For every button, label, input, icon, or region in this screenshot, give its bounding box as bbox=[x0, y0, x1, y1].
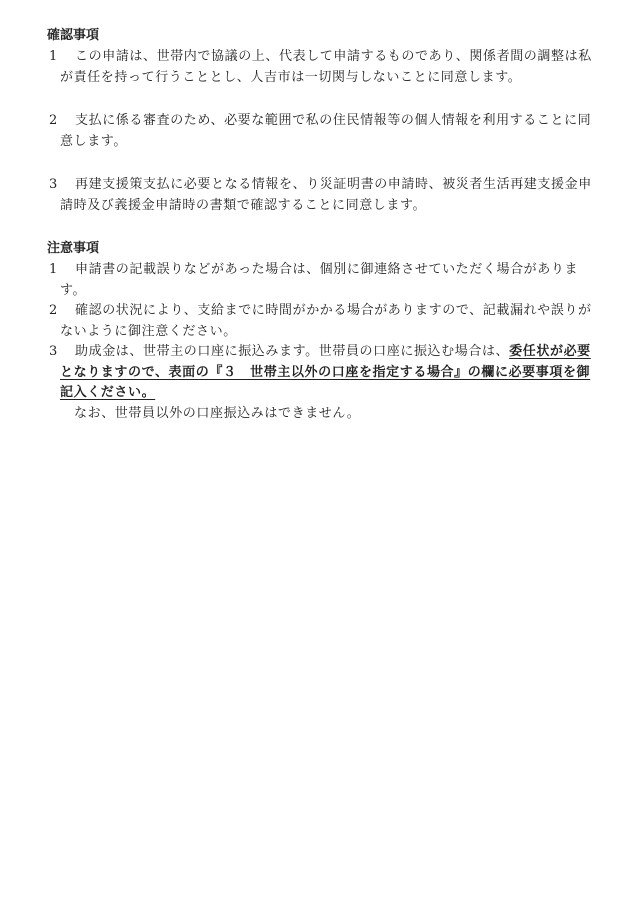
item-text: 再建支援策支払に必要となる情報を、り災証明書の申請時、被災者生活再建支援金申請時… bbox=[60, 177, 592, 213]
item-text: 申請書の記載誤りなどがあった場合は、個別に御連絡させていただく場合があります。 bbox=[60, 262, 578, 298]
item-number: 3 bbox=[47, 175, 75, 196]
caution-item-1: 1申請書の記載誤りなどがあった場合は、個別に御連絡させていただく場合があります。 bbox=[47, 260, 595, 301]
item-number: 3 bbox=[47, 342, 75, 363]
document-page: 確認事項 1この申請は、世帯内で協議の上、代表して申請するものであり、関係者間の… bbox=[47, 26, 595, 424]
item-number: 1 bbox=[47, 47, 75, 68]
confirmation-title: 確認事項 bbox=[47, 26, 595, 47]
item-number: 1 bbox=[47, 260, 75, 281]
item-text: 支払に係る審査のため、必要な範囲で私の住民情報等の個人情報を利用することに同意し… bbox=[60, 113, 591, 149]
item-text: 助成金は、世帯主の口座に振込みます。世帯員の口座に振込む場合は、 bbox=[75, 344, 509, 359]
confirmation-item-1: 1この申請は、世帯内で協議の上、代表して申請するものであり、関係者間の調整は私が… bbox=[47, 47, 595, 88]
caution-title: 注意事項 bbox=[47, 239, 595, 260]
confirmation-item-3: 3再建支援策支払に必要となる情報を、り災証明書の申請時、被災者生活再建支援金申請… bbox=[47, 175, 595, 216]
caution-item-3-note: なお、世帯員以外の口座振込みはできません。 bbox=[47, 404, 595, 425]
item-number: 2 bbox=[47, 111, 75, 132]
item-text: この申請は、世帯内で協議の上、代表して申請するものであり、関係者間の調整は私が責… bbox=[60, 49, 592, 85]
caution-item-3: 3助成金は、世帯主の口座に振込みます。世帯員の口座に振込む場合は、委任状が必要と… bbox=[47, 342, 595, 404]
confirmation-item-2: 2支払に係る審査のため、必要な範囲で私の住民情報等の個人情報を利用することに同意… bbox=[47, 111, 595, 152]
item-number: 2 bbox=[47, 301, 75, 322]
item-text: 確認の状況により、支給までに時間がかかる場合がありますので、記載漏れや誤りがない… bbox=[60, 303, 592, 339]
caution-item-2: 2確認の状況により、支給までに時間がかかる場合がありますので、記載漏れや誤りがな… bbox=[47, 301, 595, 342]
